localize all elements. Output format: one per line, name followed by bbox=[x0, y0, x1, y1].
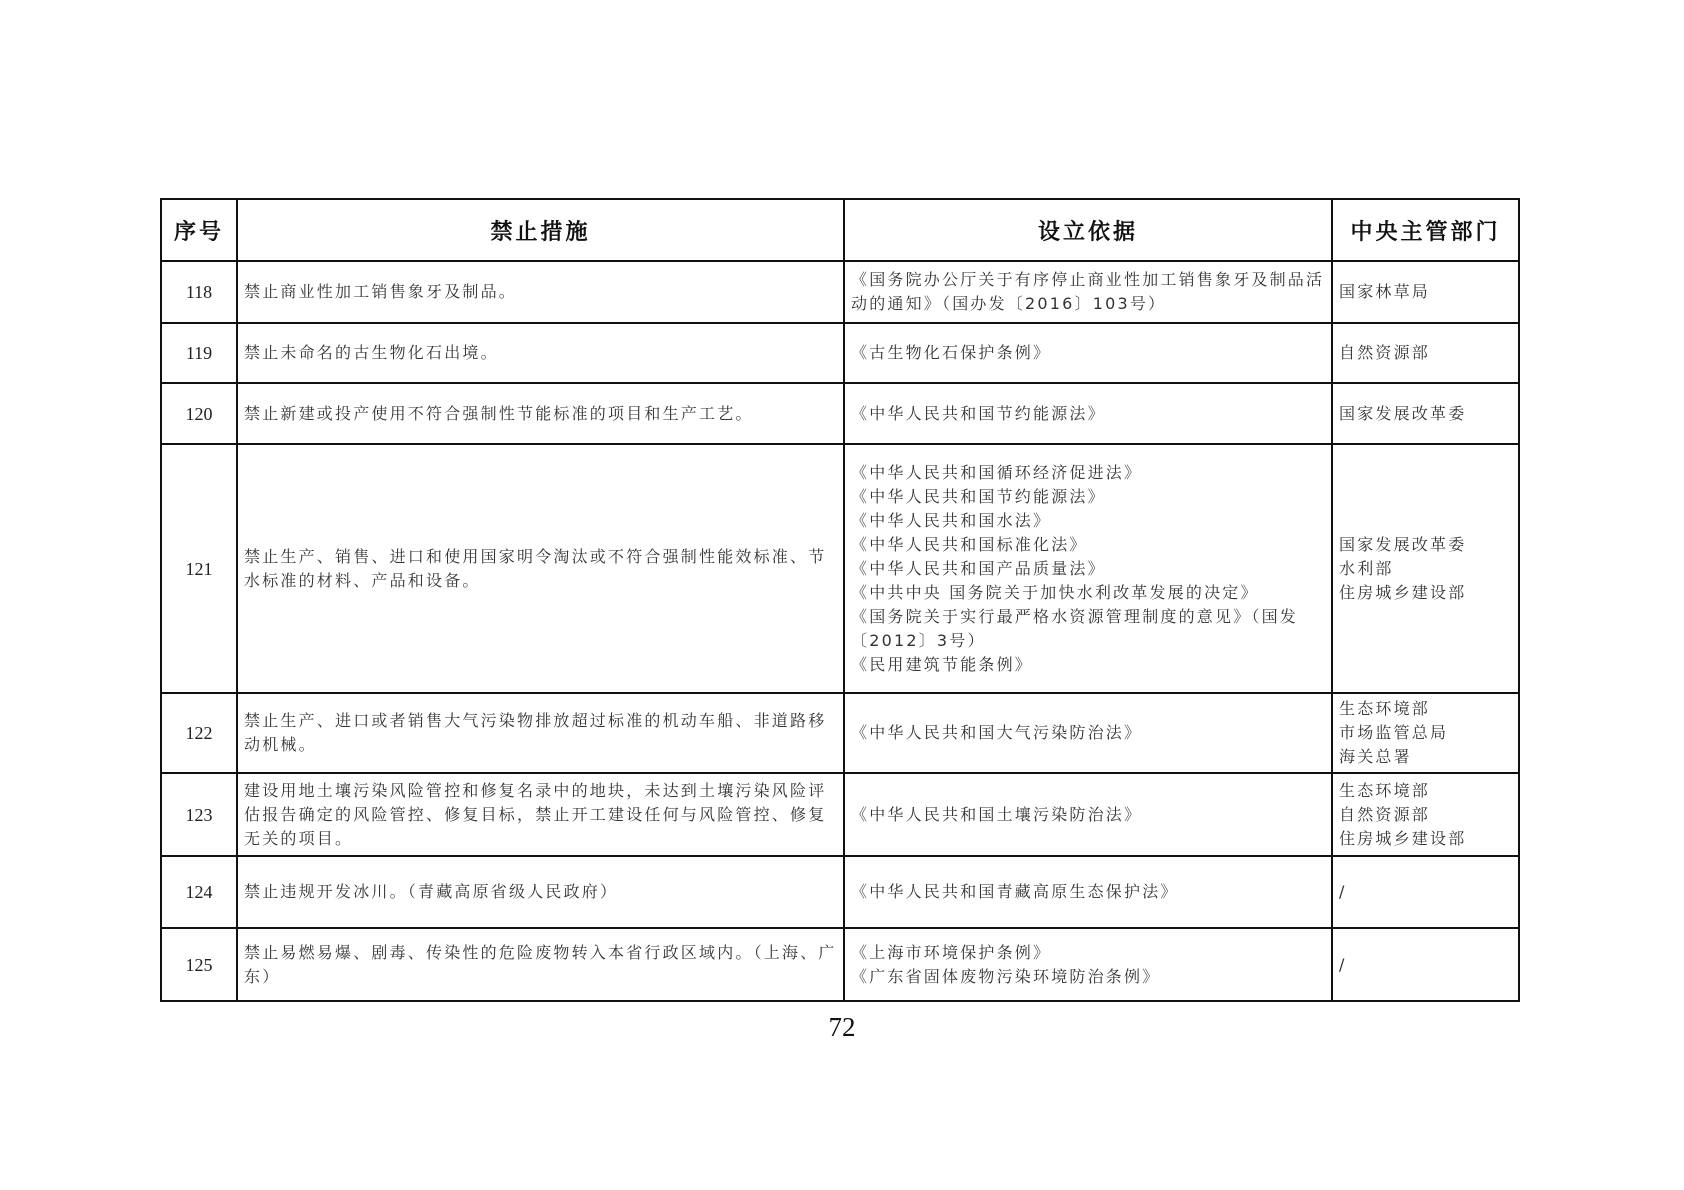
basis-item: 《中华人民共和国产品质量法》 bbox=[851, 557, 1325, 581]
dept-item: 国家发展改革委 bbox=[1339, 533, 1512, 557]
basis-item: 《中华人民共和国节约能源法》 bbox=[851, 485, 1325, 509]
row-dept: 国家林草局 bbox=[1332, 261, 1519, 323]
dept-item: 海关总署 bbox=[1339, 745, 1512, 769]
row-dept: 生态环境部 自然资源部 住房城乡建设部 bbox=[1332, 773, 1519, 856]
table-row: 119 禁止未命名的古生物化石出境。 《古生物化石保护条例》 自然资源部 bbox=[161, 323, 1519, 383]
dept-item: 国家发展改革委 bbox=[1339, 402, 1512, 426]
basis-item: 《古生物化石保护条例》 bbox=[851, 341, 1325, 365]
dept-item: / bbox=[1339, 880, 1512, 904]
row-measure: 禁止违规开发冰川。（青藏高原省级人民政府） bbox=[237, 856, 844, 928]
row-basis: 《上海市环境保护条例》 《广东省固体废物污染环境防治条例》 bbox=[844, 928, 1332, 1001]
row-basis: 《中华人民共和国土壤污染防治法》 bbox=[844, 773, 1332, 856]
basis-item: 《国务院关于实行最严格水资源管理制度的意见》（国发〔2012〕3号） bbox=[851, 605, 1325, 653]
basis-item: 《中华人民共和国大气污染防治法》 bbox=[851, 721, 1325, 745]
table-row: 124 禁止违规开发冰川。（青藏高原省级人民政府） 《中华人民共和国青藏高原生态… bbox=[161, 856, 1519, 928]
table-row: 125 禁止易燃易爆、剧毒、传染性的危险废物转入本省行政区域内。（上海、广东） … bbox=[161, 928, 1519, 1001]
dept-item: 市场监管总局 bbox=[1339, 721, 1512, 745]
basis-item: 《国务院办公厅关于有序停止商业性加工销售象牙及制品活动的通知》（国办发〔2016… bbox=[851, 268, 1325, 316]
header-basis: 设立依据 bbox=[844, 199, 1332, 261]
row-measure: 禁止新建或投产使用不符合强制性节能标准的项目和生产工艺。 bbox=[237, 383, 844, 444]
basis-item: 《中华人民共和国水法》 bbox=[851, 509, 1325, 533]
header-seq: 序号 bbox=[161, 199, 237, 261]
table-header-row: 序号 禁止措施 设立依据 中央主管部门 bbox=[161, 199, 1519, 261]
page-number: 72 bbox=[0, 1012, 1684, 1043]
header-measure: 禁止措施 bbox=[237, 199, 844, 261]
dept-item: 自然资源部 bbox=[1339, 803, 1512, 827]
basis-item: 《中共中央 国务院关于加快水利改革发展的决定》 bbox=[851, 581, 1325, 605]
dept-item: / bbox=[1339, 953, 1512, 977]
prohibition-measures-table: 序号 禁止措施 设立依据 中央主管部门 118 禁止商业性加工销售象牙及制品。 … bbox=[160, 198, 1520, 1002]
row-basis: 《国务院办公厅关于有序停止商业性加工销售象牙及制品活动的通知》（国办发〔2016… bbox=[844, 261, 1332, 323]
dept-item: 住房城乡建设部 bbox=[1339, 581, 1512, 605]
row-basis: 《中华人民共和国循环经济促进法》 《中华人民共和国节约能源法》 《中华人民共和国… bbox=[844, 444, 1332, 693]
dept-item: 住房城乡建设部 bbox=[1339, 827, 1512, 851]
row-seq: 125 bbox=[161, 928, 237, 1001]
basis-item: 《中华人民共和国标准化法》 bbox=[851, 533, 1325, 557]
dept-item: 生态环境部 bbox=[1339, 697, 1512, 721]
table-row: 118 禁止商业性加工销售象牙及制品。 《国务院办公厅关于有序停止商业性加工销售… bbox=[161, 261, 1519, 323]
row-measure: 禁止商业性加工销售象牙及制品。 bbox=[237, 261, 844, 323]
table-row: 120 禁止新建或投产使用不符合强制性节能标准的项目和生产工艺。 《中华人民共和… bbox=[161, 383, 1519, 444]
row-dept: 生态环境部 市场监管总局 海关总署 bbox=[1332, 693, 1519, 773]
row-basis: 《中华人民共和国大气污染防治法》 bbox=[844, 693, 1332, 773]
row-dept: 国家发展改革委 水利部 住房城乡建设部 bbox=[1332, 444, 1519, 693]
basis-item: 《广东省固体废物污染环境防治条例》 bbox=[851, 965, 1325, 989]
row-seq: 119 bbox=[161, 323, 237, 383]
row-basis: 《中华人民共和国节约能源法》 bbox=[844, 383, 1332, 444]
basis-item: 《中华人民共和国土壤污染防治法》 bbox=[851, 803, 1325, 827]
header-dept: 中央主管部门 bbox=[1332, 199, 1519, 261]
table-row: 121 禁止生产、销售、进口和使用国家明令淘汰或不符合强制性能效标准、节水标准的… bbox=[161, 444, 1519, 693]
basis-item: 《中华人民共和国循环经济促进法》 bbox=[851, 461, 1325, 485]
row-seq: 122 bbox=[161, 693, 237, 773]
row-measure: 禁止生产、进口或者销售大气污染物排放超过标准的机动车船、非道路移动机械。 bbox=[237, 693, 844, 773]
row-seq: 124 bbox=[161, 856, 237, 928]
row-basis: 《中华人民共和国青藏高原生态保护法》 bbox=[844, 856, 1332, 928]
table-row: 123 建设用地土壤污染风险管控和修复名录中的地块，未达到土壤污染风险评估报告确… bbox=[161, 773, 1519, 856]
dept-item: 水利部 bbox=[1339, 557, 1512, 581]
dept-item: 自然资源部 bbox=[1339, 341, 1512, 365]
basis-item: 《中华人民共和国节约能源法》 bbox=[851, 402, 1325, 426]
row-dept: / bbox=[1332, 928, 1519, 1001]
basis-item: 《上海市环境保护条例》 bbox=[851, 941, 1325, 965]
dept-item: 国家林草局 bbox=[1339, 280, 1512, 304]
row-dept: / bbox=[1332, 856, 1519, 928]
row-measure: 建设用地土壤污染风险管控和修复名录中的地块，未达到土壤污染风险评估报告确定的风险… bbox=[237, 773, 844, 856]
row-measure: 禁止未命名的古生物化石出境。 bbox=[237, 323, 844, 383]
basis-item: 《民用建筑节能条例》 bbox=[851, 653, 1325, 677]
row-basis: 《古生物化石保护条例》 bbox=[844, 323, 1332, 383]
table-row: 122 禁止生产、进口或者销售大气污染物排放超过标准的机动车船、非道路移动机械。… bbox=[161, 693, 1519, 773]
row-seq: 123 bbox=[161, 773, 237, 856]
row-seq: 121 bbox=[161, 444, 237, 693]
row-measure: 禁止易燃易爆、剧毒、传染性的危险废物转入本省行政区域内。（上海、广东） bbox=[237, 928, 844, 1001]
row-measure: 禁止生产、销售、进口和使用国家明令淘汰或不符合强制性能效标准、节水标准的材料、产… bbox=[237, 444, 844, 693]
row-seq: 120 bbox=[161, 383, 237, 444]
row-dept: 自然资源部 bbox=[1332, 323, 1519, 383]
basis-item: 《中华人民共和国青藏高原生态保护法》 bbox=[851, 880, 1325, 904]
row-dept: 国家发展改革委 bbox=[1332, 383, 1519, 444]
dept-item: 生态环境部 bbox=[1339, 779, 1512, 803]
row-seq: 118 bbox=[161, 261, 237, 323]
